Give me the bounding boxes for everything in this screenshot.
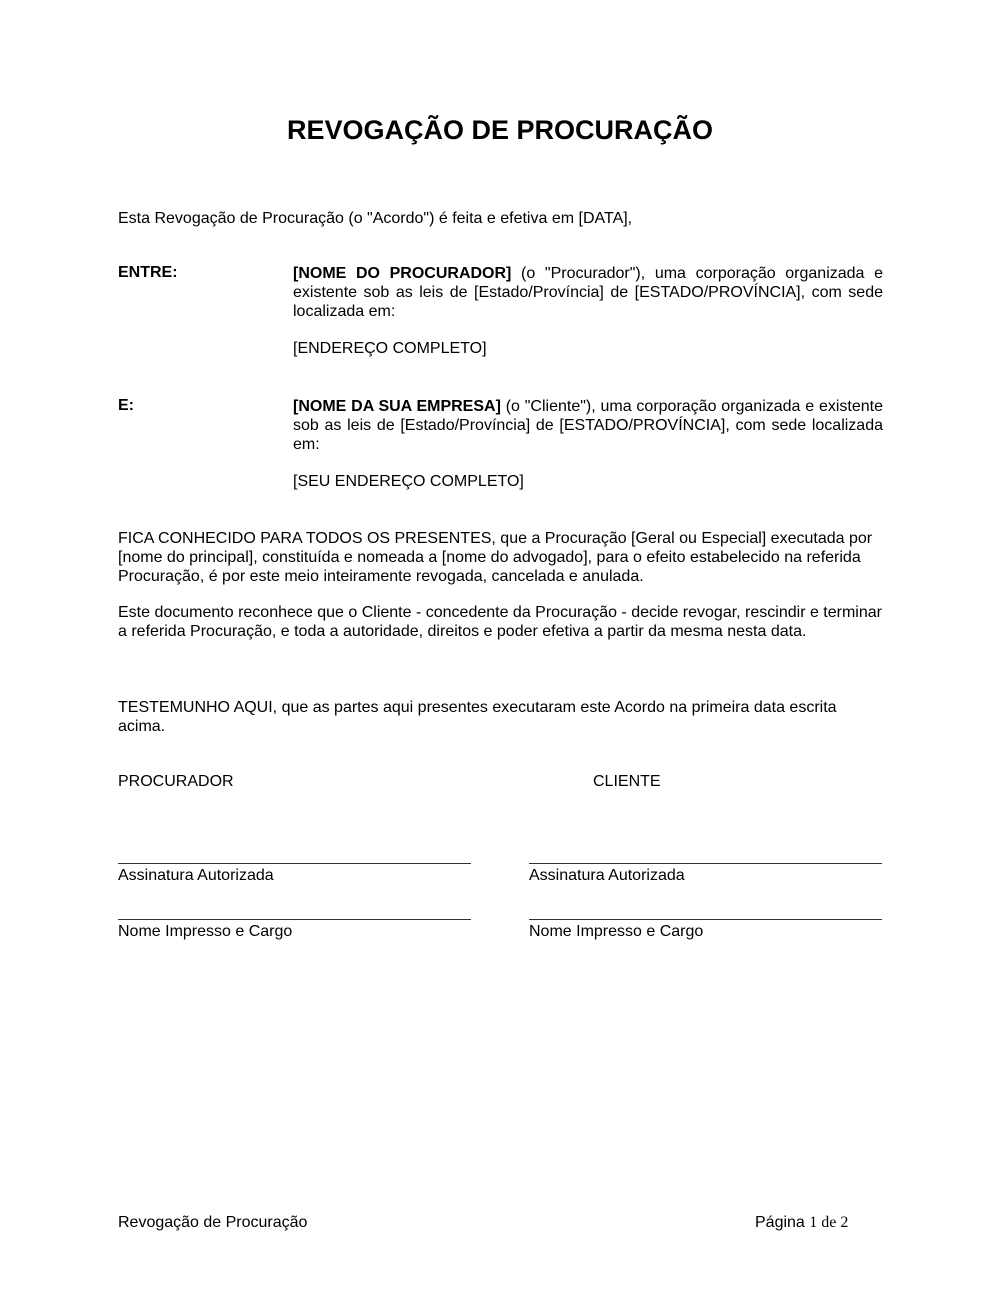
party-name: [NOME DO PROCURADOR] [293,265,511,282]
intro-paragraph: Esta Revogação de Procuração (o "Acordo"… [118,209,883,228]
body-paragraph: Este documento reconhece que o Cliente -… [118,603,883,641]
signature-heading-procurador: PROCURADOR [118,773,234,791]
signature-line [118,863,471,864]
party-address: [ENDEREÇO COMPLETO] [293,340,487,358]
party-procurador: [NOME DO PROCURADOR] (o "Procurador"), u… [293,264,883,321]
page-prefix: Página [755,1214,809,1231]
signature-label: Assinatura Autorizada [529,867,685,885]
page-number: Página 1 de 2 [755,1214,848,1232]
party-address: [SEU ENDEREÇO COMPLETO] [293,473,524,491]
footer-title: Revogação de Procuração [118,1214,307,1232]
document-title: REVOGAÇÃO DE PROCURAÇÃO [0,115,1000,146]
signature-line [529,863,882,864]
page-of: de [817,1214,840,1231]
party-cliente: [NOME DA SUA EMPRESA] (o "Cliente"), uma… [293,397,883,454]
signature-heading-cliente: CLIENTE [593,773,661,791]
name-label: Nome Impresso e Cargo [529,923,703,941]
party-name: [NOME DA SUA EMPRESA] [293,398,501,415]
testimony-paragraph: TESTEMUNHO AQUI, que as partes aqui pres… [118,698,883,736]
signature-label: Assinatura Autorizada [118,867,274,885]
party-label-and: E: [118,397,134,415]
body-paragraph: FICA CONHECIDO PARA TODOS OS PRESENTES, … [118,529,883,586]
name-line [529,919,882,920]
name-label: Nome Impresso e Cargo [118,923,292,941]
page-total: 2 [840,1214,848,1231]
name-line [118,919,471,920]
party-label-between: ENTRE: [118,264,178,282]
